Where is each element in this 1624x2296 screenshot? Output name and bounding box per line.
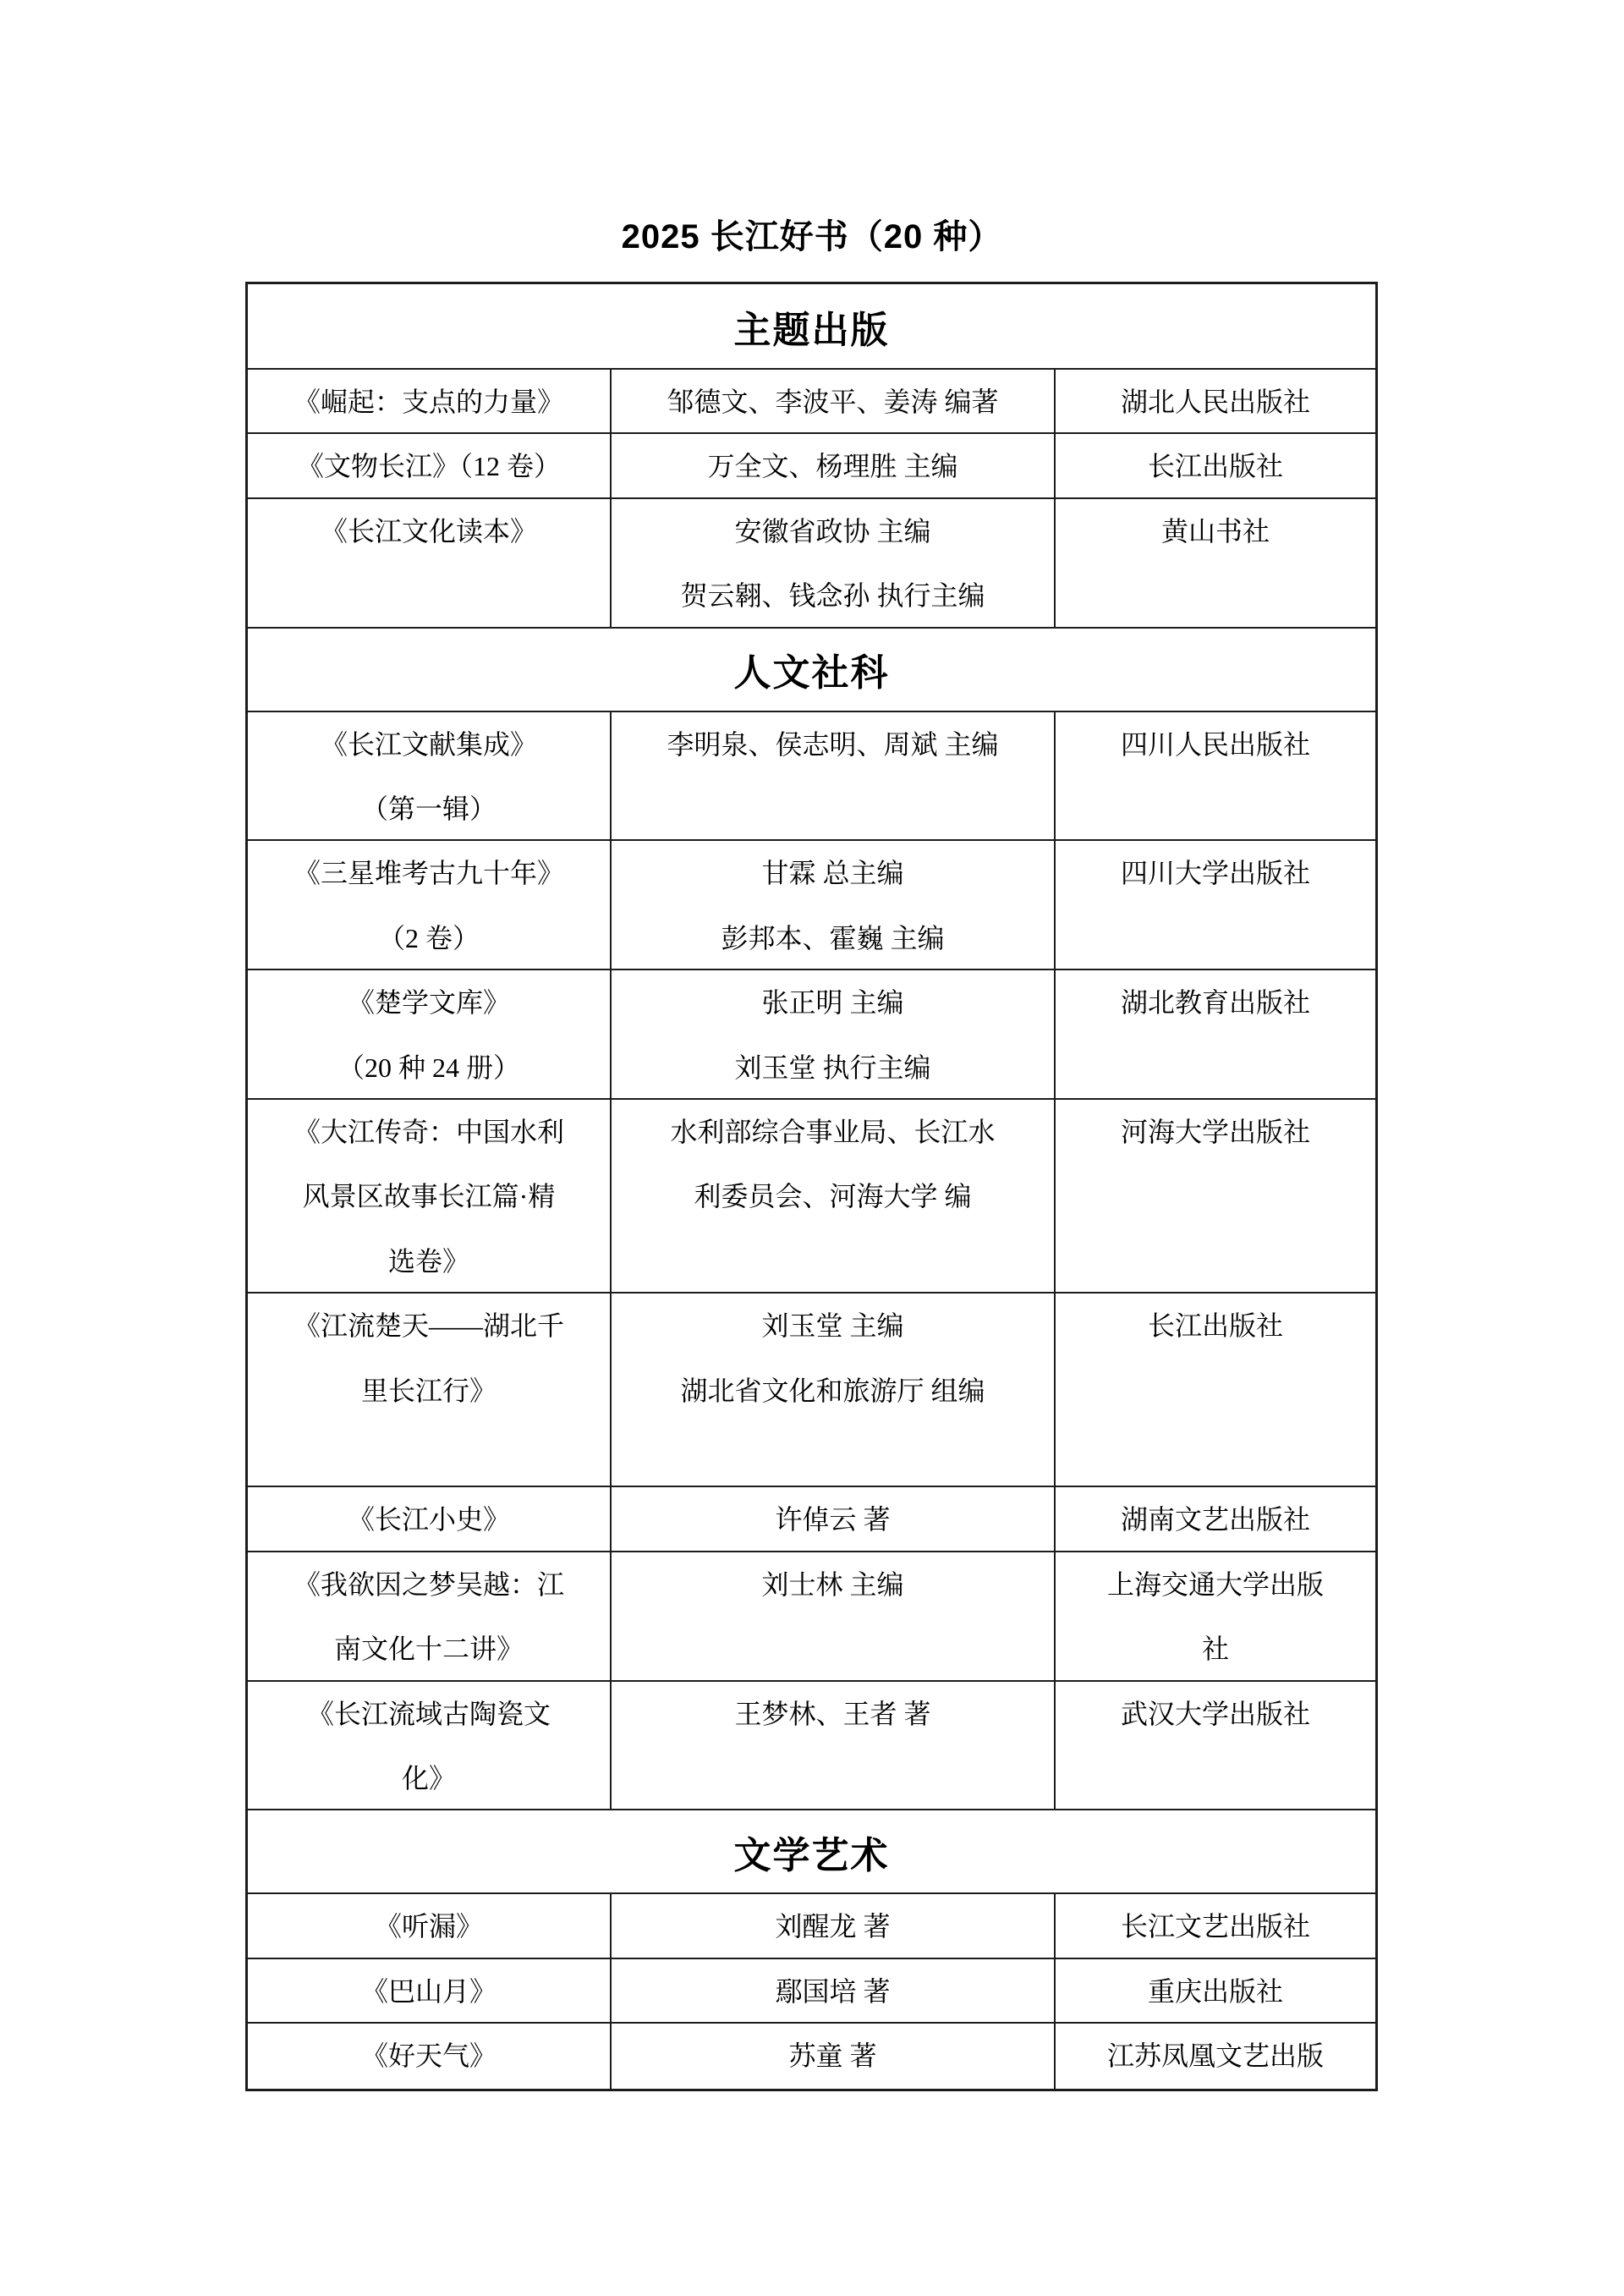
text-line: 南文化十二讲》 <box>334 1617 524 1679</box>
text-line: 刘醒龙 著 <box>775 1894 890 1957</box>
book-title-cell: 《长江小史》 <box>248 1487 612 1550</box>
table-row: 《听漏》刘醒龙 著长江文艺出版社 <box>248 1894 1375 1958</box>
editors-cell: 甘霖 总主编彭邦本、霍巍 主编 <box>612 841 1056 969</box>
text-line: 《巴山月》 <box>361 1959 497 2022</box>
editors-cell: 安徽省政协 主编贺云翱、钱念孙 执行主编 <box>612 499 1056 627</box>
text-line: 《长江文化读本》 <box>321 499 537 563</box>
text-line: 湖北教育出版社 <box>1121 970 1310 1035</box>
text-line: 上海交通大学出版 <box>1107 1552 1324 1617</box>
text-line: 邹德文、李波平、姜涛 编著 <box>667 370 998 432</box>
publisher-cell: 湖南文艺出版社 <box>1056 1487 1375 1550</box>
publisher-cell: 河海大学出版社 <box>1056 1100 1375 1292</box>
text-line: 黄山书社 <box>1161 499 1270 563</box>
section-header: 人文社科 <box>248 627 1375 712</box>
text-line: 长江文艺出版社 <box>1121 1894 1310 1957</box>
document-page: 2025 长江好书（20 种） 主题出版《崛起：支点的力量》邹德文、李波平、姜涛… <box>0 0 1624 2296</box>
book-title-cell: 《巴山月》 <box>248 1959 612 2022</box>
editors-cell: 水利部综合事业局、长江水利委员会、河海大学 编 <box>612 1100 1056 1292</box>
text-line: 水利部综合事业局、长江水 <box>670 1100 995 1164</box>
table-row: 《江流楚天——湖北千里长江行》刘玉堂 主编湖北省文化和旅游厅 组编长江出版社 <box>248 1294 1375 1487</box>
text-line: 王梦林、王者 著 <box>734 1682 930 1746</box>
table-row: 《崛起：支点的力量》邹德文、李波平、姜涛 编著湖北人民出版社 <box>248 370 1375 434</box>
text-line: 《长江小史》 <box>348 1487 510 1550</box>
table-row: 《好天气》苏童 著江苏凤凰文艺出版 <box>248 2024 1375 2088</box>
table-row: 《我欲因之梦吴越：江南文化十二讲》刘士林 主编上海交通大学出版社 <box>248 1552 1375 1682</box>
book-title-cell: 《听漏》 <box>248 1894 612 1957</box>
text-line: 《江流楚天——湖北千 <box>294 1294 564 1358</box>
book-title-cell: 《楚学文库》（20 种 24 册） <box>248 970 612 1098</box>
book-title-cell: 《长江流域古陶瓷文化》 <box>248 1682 612 1810</box>
text-line: 《文物长江》（12 卷） <box>297 434 561 497</box>
book-title-cell: 《长江文化读本》 <box>248 499 612 627</box>
text-line: （20 种 24 册） <box>337 1035 520 1098</box>
text-line: 河海大学出版社 <box>1121 1100 1310 1164</box>
text-line: 鄢国培 著 <box>775 1959 890 2022</box>
text-line: 《三星堆考古九十年》 <box>294 841 564 905</box>
text-line: 长江出版社 <box>1148 1294 1283 1358</box>
book-title-cell: 《江流楚天——湖北千里长江行》 <box>248 1294 612 1486</box>
text-line: 湖北省文化和旅游厅 组编 <box>680 1359 985 1423</box>
text-line: 张正明 主编 <box>761 970 903 1035</box>
text-line: 湖北人民出版社 <box>1121 370 1310 432</box>
editors-cell: 刘玉堂 主编湖北省文化和旅游厅 组编 <box>612 1294 1056 1486</box>
publisher-cell: 四川大学出版社 <box>1056 841 1375 969</box>
text-line: 甘霖 总主编 <box>761 841 903 905</box>
table-row: 《三星堆考古九十年》（2 卷）甘霖 总主编彭邦本、霍巍 主编四川大学出版社 <box>248 841 1375 970</box>
text-line: 李明泉、侯志明、周斌 主编 <box>667 712 998 777</box>
table-row: 《楚学文库》（20 种 24 册）张正明 主编刘玉堂 执行主编湖北教育出版社 <box>248 970 1375 1100</box>
text-line: 湖南文艺出版社 <box>1121 1487 1310 1550</box>
editors-cell: 邹德文、李波平、姜涛 编著 <box>612 370 1056 432</box>
publisher-cell: 湖北人民出版社 <box>1056 370 1375 432</box>
text-line: 刘士林 主编 <box>761 1552 903 1617</box>
table-row: 《巴山月》鄢国培 著重庆出版社 <box>248 1959 1375 2024</box>
text-line: 刘玉堂 主编 <box>761 1294 903 1358</box>
editors-cell: 许倬云 著 <box>612 1487 1056 1550</box>
table-section: 主题出版《崛起：支点的力量》邹德文、李波平、姜涛 编著湖北人民出版社《文物长江》… <box>248 284 1375 629</box>
text-line: 四川人民出版社 <box>1121 712 1310 777</box>
publisher-cell: 江苏凤凰文艺出版 <box>1056 2024 1375 2088</box>
publisher-cell: 黄山书社 <box>1056 499 1375 627</box>
publisher-cell: 武汉大学出版社 <box>1056 1682 1375 1810</box>
book-title-cell: 《三星堆考古九十年》（2 卷） <box>248 841 612 969</box>
text-line: 《长江流域古陶瓷文 <box>307 1682 551 1746</box>
text-line: 《好天气》 <box>361 2024 497 2088</box>
text-line: 万全文、杨理胜 主编 <box>707 434 957 497</box>
text-line: 重庆出版社 <box>1148 1959 1283 2022</box>
book-title-cell: 《大江传奇：中国水利风景区故事长江篇·精选卷》 <box>248 1100 612 1292</box>
text-line: 《长江文献集成》 <box>321 712 537 777</box>
text-line: 利委员会、河海大学 编 <box>694 1164 971 1228</box>
text-line: 里长江行》 <box>361 1359 497 1423</box>
table-section: 文学艺术《听漏》刘醒龙 著长江文艺出版社《巴山月》鄢国培 著重庆出版社《好天气》… <box>248 1809 1375 2088</box>
publisher-cell: 长江文艺出版社 <box>1056 1894 1375 1957</box>
text-line: 社 <box>1202 1617 1229 1679</box>
text-line: （第一辑） <box>361 777 497 839</box>
table-row: 《大江传奇：中国水利风景区故事长江篇·精选卷》水利部综合事业局、长江水利委员会、… <box>248 1100 1375 1294</box>
table-row: 《长江小史》许倬云 著湖南文艺出版社 <box>248 1487 1375 1552</box>
book-title-cell: 《崛起：支点的力量》 <box>248 370 612 432</box>
table-row: 《长江文献集成》（第一辑）李明泉、侯志明、周斌 主编四川人民出版社 <box>248 712 1375 842</box>
publisher-cell: 上海交通大学出版社 <box>1056 1552 1375 1680</box>
text-line: 彭邦本、霍巍 主编 <box>721 906 944 969</box>
book-title-cell: 《文物长江》（12 卷） <box>248 434 612 497</box>
editors-cell: 万全文、杨理胜 主编 <box>612 434 1056 497</box>
text-line: 《楚学文库》 <box>348 970 510 1035</box>
editors-cell: 鄢国培 著 <box>612 1959 1056 2022</box>
text-line: 苏童 著 <box>788 2024 876 2088</box>
editors-cell: 苏童 著 <box>612 2024 1056 2088</box>
book-title-cell: 《长江文献集成》（第一辑） <box>248 712 612 840</box>
text-line: 刘玉堂 执行主编 <box>734 1035 930 1098</box>
publisher-cell: 四川人民出版社 <box>1056 712 1375 840</box>
section-header: 文学艺术 <box>248 1809 1375 1894</box>
text-line: 化》 <box>402 1746 456 1809</box>
text-line: 选卷》 <box>388 1229 469 1292</box>
text-line: （2 卷） <box>378 906 480 969</box>
text-line: 江苏凤凰文艺出版 <box>1107 2024 1324 2088</box>
book-title-cell: 《我欲因之梦吴越：江南文化十二讲》 <box>248 1552 612 1680</box>
editors-cell: 李明泉、侯志明、周斌 主编 <box>612 712 1056 840</box>
editors-cell: 张正明 主编刘玉堂 执行主编 <box>612 970 1056 1098</box>
text-line: 四川大学出版社 <box>1121 841 1310 905</box>
document-title: 2025 长江好书（20 种） <box>0 213 1624 261</box>
editors-cell: 刘醒龙 著 <box>612 1894 1056 1957</box>
text-line: 《我欲因之梦吴越：江 <box>294 1552 564 1617</box>
book-list-table: 主题出版《崛起：支点的力量》邹德文、李波平、姜涛 编著湖北人民出版社《文物长江》… <box>245 282 1378 2091</box>
book-title-cell: 《好天气》 <box>248 2024 612 2088</box>
table-row: 《长江文化读本》安徽省政协 主编贺云翱、钱念孙 执行主编黄山书社 <box>248 499 1375 629</box>
table-row: 《文物长江》（12 卷）万全文、杨理胜 主编长江出版社 <box>248 434 1375 498</box>
publisher-cell: 长江出版社 <box>1056 1294 1375 1486</box>
publisher-cell: 长江出版社 <box>1056 434 1375 497</box>
text-line: 武汉大学出版社 <box>1121 1682 1310 1746</box>
table-row: 《长江流域古陶瓷文化》王梦林、王者 著武汉大学出版社 <box>248 1682 1375 1811</box>
text-line: 许倬云 著 <box>775 1487 890 1550</box>
text-line: 长江出版社 <box>1148 434 1283 497</box>
text-line: 《崛起：支点的力量》 <box>294 370 564 432</box>
editors-cell: 刘士林 主编 <box>612 1552 1056 1680</box>
text-line: 《大江传奇：中国水利 <box>294 1100 564 1164</box>
publisher-cell: 湖北教育出版社 <box>1056 970 1375 1098</box>
text-line: 《听漏》 <box>375 1894 483 1957</box>
editors-cell: 王梦林、王者 著 <box>612 1682 1056 1810</box>
text-line: 贺云翱、钱念孙 执行主编 <box>680 563 985 626</box>
publisher-cell: 重庆出版社 <box>1056 1959 1375 2022</box>
table-section: 人文社科《长江文献集成》（第一辑）李明泉、侯志明、周斌 主编四川人民出版社《三星… <box>248 627 1375 1811</box>
text-line: 安徽省政协 主编 <box>734 499 930 563</box>
section-header: 主题出版 <box>248 284 1375 370</box>
text-line: 风景区故事长江篇·精 <box>303 1164 556 1228</box>
